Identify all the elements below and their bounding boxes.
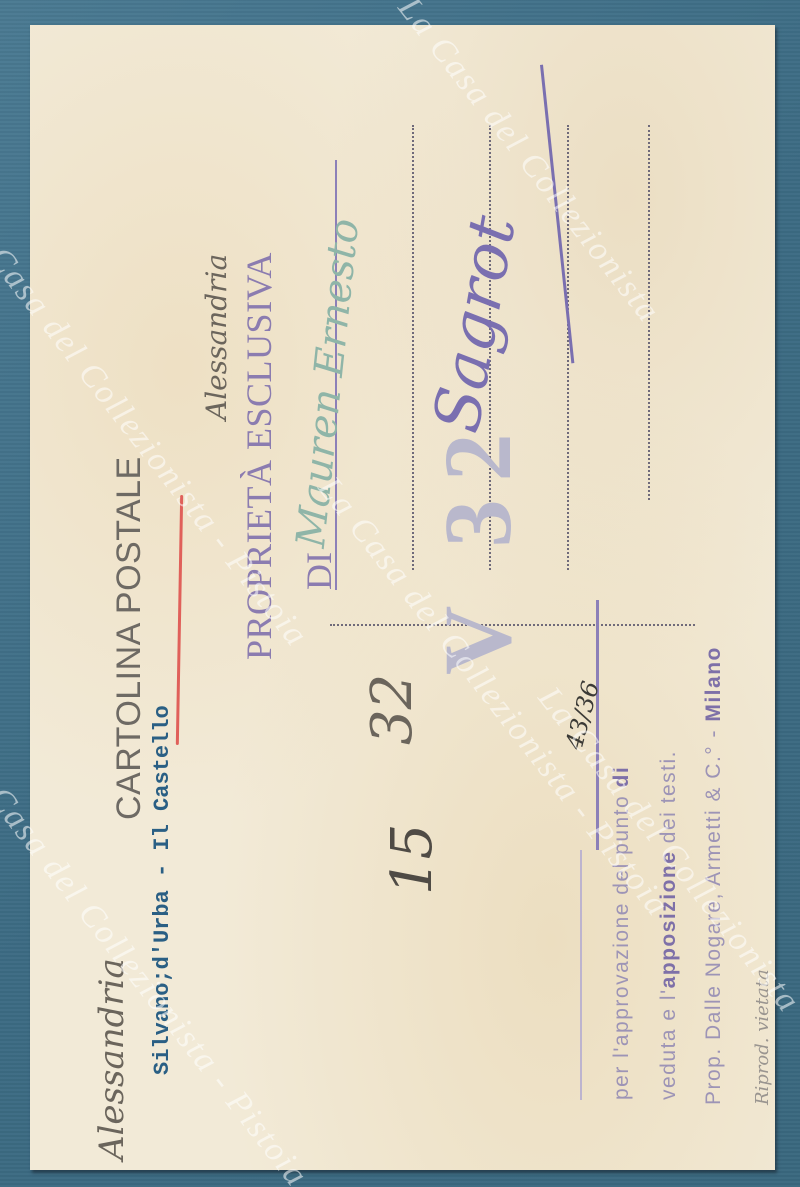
- stamp-vertical-line-faint: [580, 850, 582, 1100]
- address-line-1: [412, 125, 414, 570]
- footer-line-2: veduta e l'apposizione dei testi.: [657, 750, 681, 1100]
- red-underline: [176, 495, 183, 745]
- pencil-number-32: 32: [360, 674, 425, 745]
- postcard-heading: CARTOLINA POSTALE: [110, 456, 149, 820]
- pencil-number-15: 15: [380, 824, 445, 895]
- purple-handwriting: Sagrot: [420, 210, 531, 437]
- footer-line-2-text-a: veduta e l': [657, 988, 680, 1100]
- pencil-note-top: Alessandria: [200, 254, 233, 420]
- ownership-di: DI: [298, 552, 340, 590]
- footer-line-3-bold: Milano: [702, 646, 725, 722]
